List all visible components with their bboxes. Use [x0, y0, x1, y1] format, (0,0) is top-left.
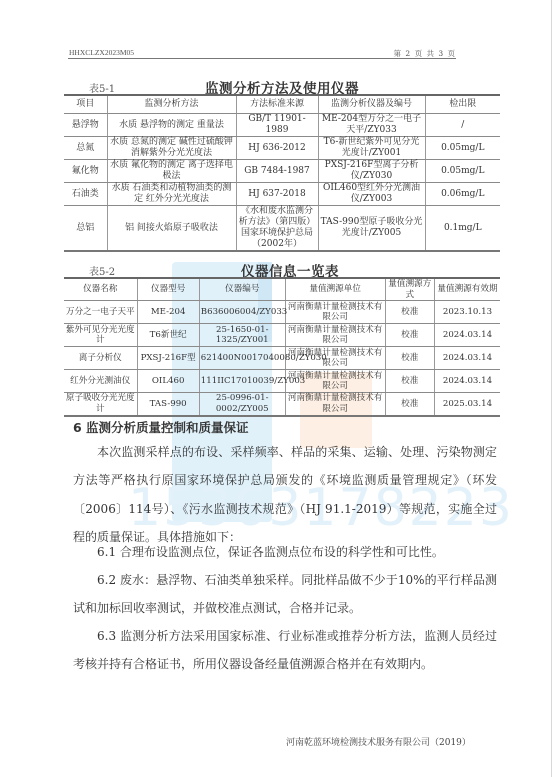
page-footer-company: 河南乾蓝环境检测技术服务有限公司（2019）: [286, 735, 471, 748]
table-cell: 111IIC17010039/ZY003: [199, 370, 285, 393]
column-header: 仪器编号: [199, 278, 285, 301]
table-cell: 0.05mg/L: [425, 137, 500, 160]
table-cell: 25-1650-01-1325/ZY001: [199, 324, 285, 347]
table-cell: 总氮: [64, 137, 107, 160]
table-header-row: 仪器名称 仪器型号 仪器编号 量值溯源单位 量值溯源方式 量值溯源有效期: [64, 278, 500, 301]
column-header: 监测分析方法: [107, 95, 236, 114]
table-cell: 原子吸收分光光度计: [64, 393, 137, 416]
table-cell: 《水和废水监测分析方法》（第四版）国家环境保护总局（2002年）: [236, 206, 318, 252]
table-cell: 河南衡鼎计量检测技术有限公司: [285, 301, 385, 324]
table-cell: GB 7484-1987: [236, 160, 318, 183]
table-cell: PXSJ-216F型: [137, 347, 199, 370]
table-cell: 2024.03.14: [434, 370, 500, 393]
table-cell: 石油类: [64, 183, 107, 206]
table-cell: 铝 间接火焰原子吸收法: [107, 206, 236, 252]
table-cell: 万分之一电子天平: [64, 301, 137, 324]
table-cell: 红外分光测油仪: [64, 370, 137, 393]
table-cell: 总铝: [64, 206, 107, 252]
table-cell: ME-204: [137, 301, 199, 324]
page-header: HHXCLZX2023M05 第 2 页 共 3 页: [68, 48, 456, 59]
table-cell: 0.1mg/L: [425, 206, 500, 252]
table-row: 离子分析仪 PXSJ-216F型 621400N0017040080/ZY030…: [64, 347, 500, 370]
table-cell: T6新世纪: [137, 324, 199, 347]
measure-item-6-2: 6.2 废水：悬浮物、石油类单独采样。同批样品做不少于10%的平行样品测试和加标…: [73, 566, 497, 623]
table-cell: 0.05mg/L: [425, 160, 500, 183]
table-cell: 水质 石油类和动植物油类的测定 红外分光光度法: [107, 183, 236, 206]
column-header: 量值溯源方式: [385, 278, 434, 301]
table-cell: 校准: [385, 324, 434, 347]
column-header: 监测分析仪器及编号: [318, 95, 425, 114]
table-cell: 河南衡鼎计量检测技术有限公司: [285, 324, 385, 347]
column-header: 量值溯源有效期: [434, 278, 500, 301]
table-header-row: 项目 监测分析方法 方法标准来源 监测分析仪器及编号 检出限: [64, 95, 500, 114]
table-row: 原子吸收分光光度计 TAS-990 25-0996-01-0002/ZY005 …: [64, 393, 500, 416]
table-cell: 校准: [385, 301, 434, 324]
page-edge: [551, 0, 552, 777]
table-cell: 0.06mg/L: [425, 183, 500, 206]
table-row: 万分之一电子天平 ME-204 B636006004/ZY033 河南衡鼎计量检…: [64, 301, 500, 324]
table-cell: 校准: [385, 393, 434, 416]
table-row: 悬浮物 水质 悬浮物的测定 重量法 GB/T 11901-1989 ME-204…: [64, 114, 500, 137]
table-cell: 621400N0017040080/ZY030: [199, 347, 285, 370]
table-cell: 2024.03.14: [434, 324, 500, 347]
table-row: 红外分光测油仪 OIL460 111IIC17010039/ZY003 河南衡鼎…: [64, 370, 500, 393]
column-header: 量值溯源单位: [285, 278, 385, 301]
section-intro-paragraph: 本次监测采样点的布设、采样频率、样品的采集、运输、处理、污染物测定方法等严格执行…: [73, 438, 497, 551]
table-cell: PXSJ-216F型离子分析仪/ZY030: [318, 160, 425, 183]
table-cell: HJ 636-2012: [236, 137, 318, 160]
table-cell: B636006004/ZY033: [199, 301, 285, 324]
measure-item-6-3: 6.3 监测分析方法采用国家标准、行业标准或推荐分析方法，监测人员经过考核并持有…: [73, 622, 497, 679]
table-cell: 校准: [385, 370, 434, 393]
table-cell: HJ 637-2018: [236, 183, 318, 206]
table-cell: 水质 总氮的测定 碱性过硫酸钾消解紫外分光光度法: [107, 137, 236, 160]
table-cell: ME-204型万分之一电子天平/ZY033: [318, 114, 425, 137]
page-number: 第 2 页 共 3 页: [394, 48, 456, 59]
column-header: 项目: [64, 95, 107, 114]
table-cell: T6-新世纪紫外可见分光光度计/ZY001: [318, 137, 425, 160]
table1-caption: 表5-1: [89, 80, 115, 95]
table-cell: 25-0996-01-0002/ZY005: [199, 393, 285, 416]
instrument-table: 仪器名称 仪器型号 仪器编号 量值溯源单位 量值溯源方式 量值溯源有效期 万分之…: [64, 277, 500, 417]
table-cell: 水质 悬浮物的测定 重量法: [107, 114, 236, 137]
table-cell: OIL460: [137, 370, 199, 393]
table-cell: TAS-990型原子吸收分光光度计/ZY005: [318, 206, 425, 252]
table-cell: 校准: [385, 347, 434, 370]
table-cell: 河南衡鼎计量检测技术有限公司: [285, 393, 385, 416]
table-row: 总氮 水质 总氮的测定 碱性过硫酸钾消解紫外分光光度法 HJ 636-2012 …: [64, 137, 500, 160]
table-cell: 2023.10.13: [434, 301, 500, 324]
column-header: 仪器名称: [64, 278, 137, 301]
table-cell: 2025.03.14: [434, 393, 500, 416]
table-cell: TAS-990: [137, 393, 199, 416]
table-cell: OIL460型红外分光测油仪/ZY003: [318, 183, 425, 206]
table-cell: 水质 氟化物的测定 离子选择电极法: [107, 160, 236, 183]
section-heading: 6 监测分析质量控制和质量保证: [73, 418, 249, 436]
table-cell: /: [425, 114, 500, 137]
method-table: 项目 监测分析方法 方法标准来源 监测分析仪器及编号 检出限 悬浮物 水质 悬浮…: [64, 94, 500, 252]
measure-item-6-1: 6.1 合理布设监测点位，保证各监测点位布设的科学性和可比性。: [73, 538, 497, 566]
table-row: 紫外可见分光光度计 T6新世纪 25-1650-01-1325/ZY001 河南…: [64, 324, 500, 347]
table-cell: 2024.03.14: [434, 347, 500, 370]
column-header: 方法标准来源: [236, 95, 318, 114]
table2-caption: 表5-2: [89, 263, 115, 278]
table-cell: 悬浮物: [64, 114, 107, 137]
table-cell: 紫外可见分光光度计: [64, 324, 137, 347]
table-row: 总铝 铝 间接火焰原子吸收法 《水和废水监测分析方法》（第四版）国家环境保护总局…: [64, 206, 500, 252]
table-cell: 氟化物: [64, 160, 107, 183]
table-row: 石油类 水质 石油类和动植物油类的测定 红外分光光度法 HJ 637-2018 …: [64, 183, 500, 206]
document-code: HHXCLZX2023M05: [69, 48, 134, 57]
table-cell: GB/T 11901-1989: [236, 114, 318, 137]
table-row: 氟化物 水质 氟化物的测定 离子选择电极法 GB 7484-1987 PXSJ-…: [64, 160, 500, 183]
table-cell: 离子分析仪: [64, 347, 137, 370]
column-header: 仪器型号: [137, 278, 199, 301]
column-header: 检出限: [425, 95, 500, 114]
